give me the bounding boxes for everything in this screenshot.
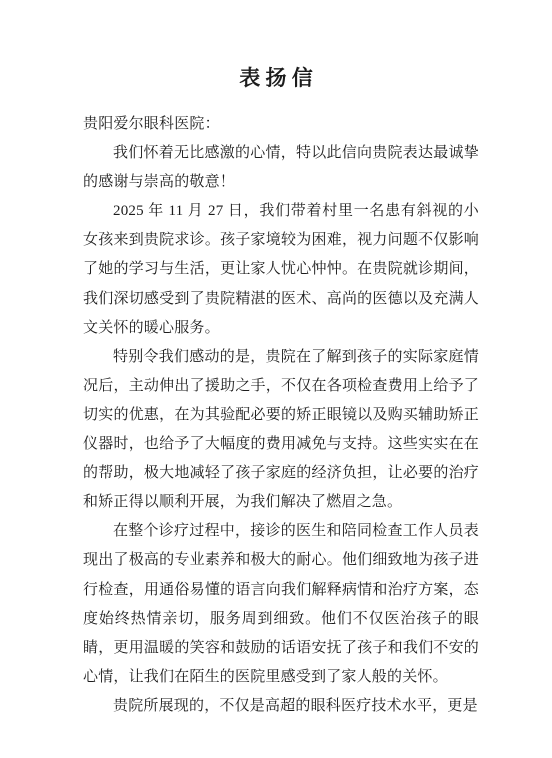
praise-letter-page: 表 扬 信 贵阳爱尔眼科医院： 我们怀着无比感激的心情，特以此信向贵院表达最诚挚…: [0, 0, 552, 758]
letter-salutation: 贵阳爱尔眼科医院：: [83, 110, 479, 139]
letter-paragraph: 在整个诊疗过程中，接诊的医生和陪同检查工作人员表现出了极高的专业素养和极大的耐心…: [83, 517, 479, 692]
letter-paragraph: 贵院所展现的，不仅是高超的眼科医疗技术水平，更是: [83, 692, 479, 721]
letter-title: 表 扬 信: [0, 63, 552, 93]
letter-paragraph: 2025 年 11 月 27 日，我们带着村里一名患有斜视的小女孩来到贵院求诊。…: [83, 197, 479, 342]
letter-paragraph: 我们怀着无比感激的心情，特以此信向贵院表达最诚挚的感谢与崇高的敬意！: [83, 139, 479, 197]
letter-paragraph: 特别令我们感动的是，贵院在了解到孩子的实际家庭情况后，主动伸出了援助之手，不仅在…: [83, 343, 479, 518]
letter-body: 贵阳爱尔眼科医院： 我们怀着无比感激的心情，特以此信向贵院表达最诚挚的感谢与崇高…: [83, 110, 479, 721]
